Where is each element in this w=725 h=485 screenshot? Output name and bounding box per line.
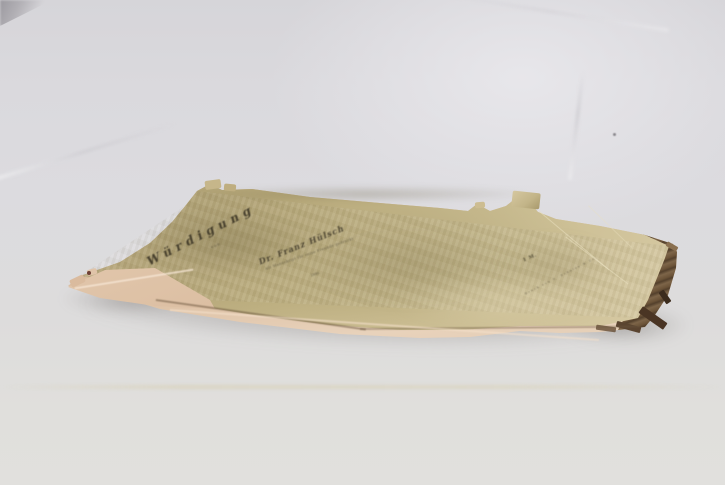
backdrop-crease <box>0 385 725 389</box>
backdrop-crease <box>431 0 669 32</box>
backdrop-crease <box>0 122 176 180</box>
torn-corner-flap <box>511 191 541 210</box>
damage-spot <box>87 271 91 275</box>
cover-edge-grime <box>200 186 530 202</box>
cover-worn-patch <box>390 276 600 324</box>
torn-paper-tab <box>204 179 221 190</box>
backdrop-crease <box>568 70 584 180</box>
torn-paper-tab <box>224 183 237 191</box>
photograph: Würdigung von Dr. Franz Hülsch als Manus… <box>0 0 725 485</box>
backdrop-speck <box>613 133 616 136</box>
pamphlet: Würdigung von Dr. Franz Hülsch als Manus… <box>60 178 692 350</box>
backdrop-corner-shadow <box>0 0 52 26</box>
torn-paper-tab <box>475 202 485 209</box>
